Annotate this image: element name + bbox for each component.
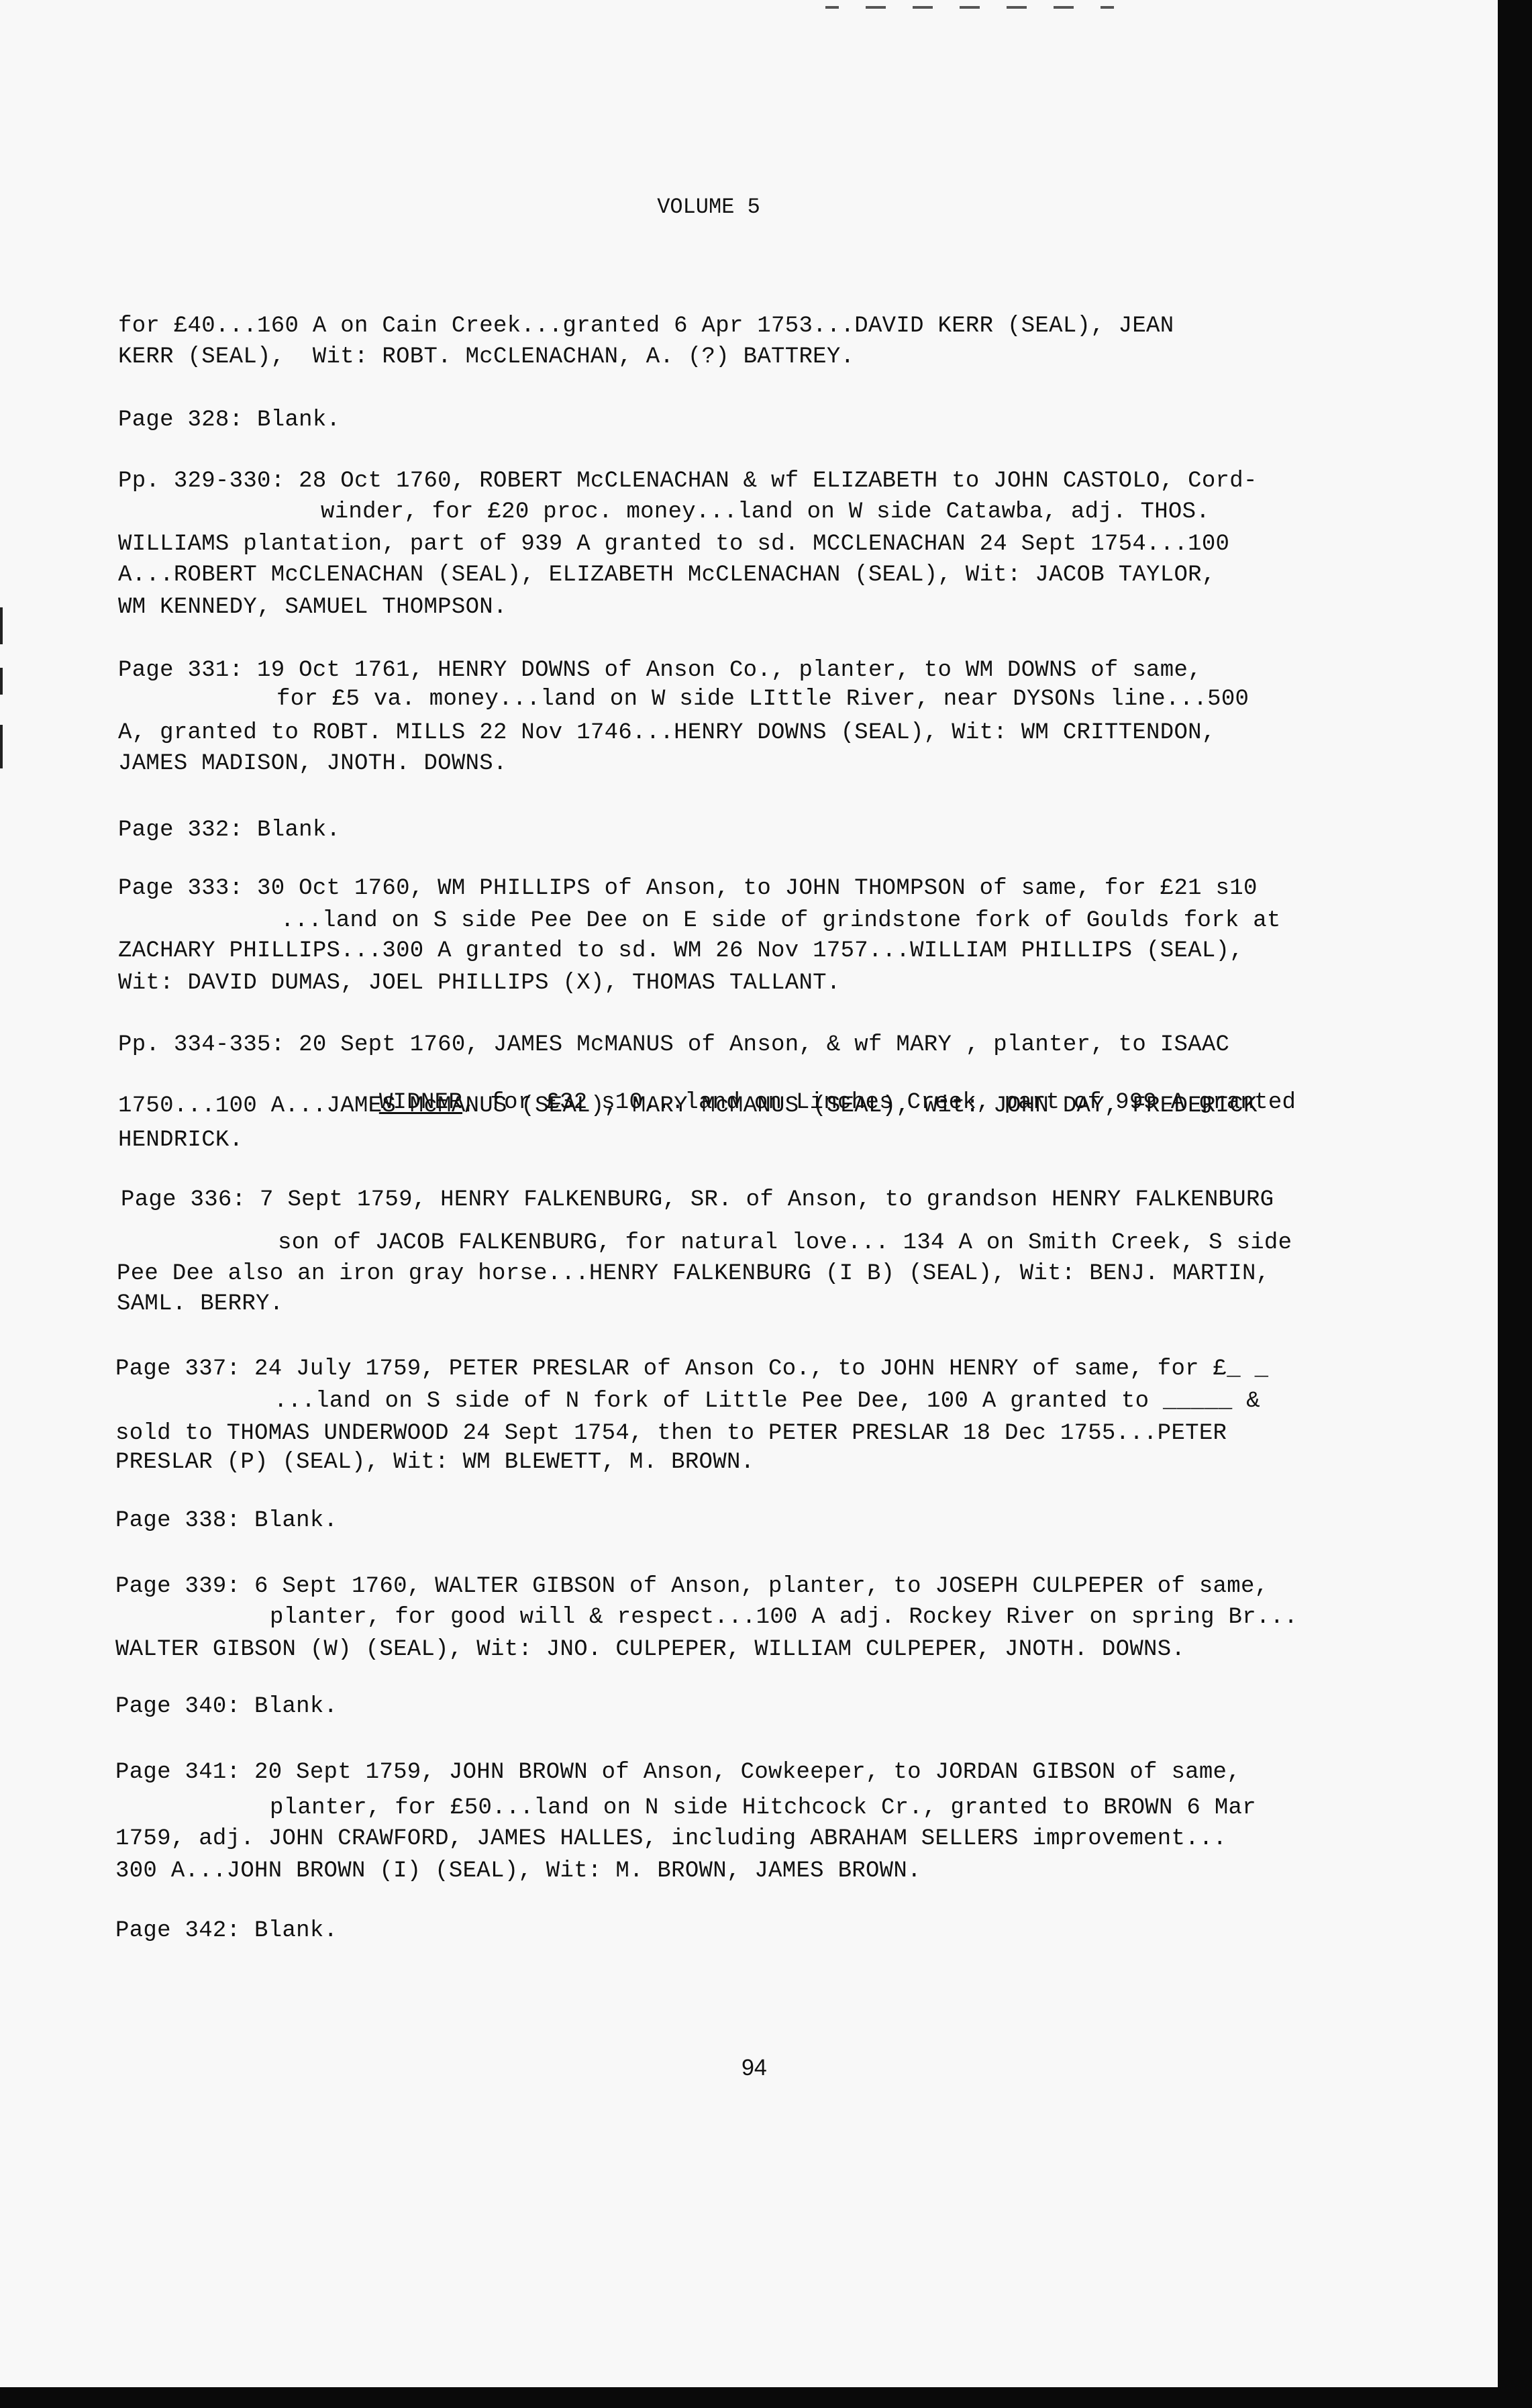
entry-line: Page 336: 7 Sept 1759, HENRY FALKENBURG,… [121, 1187, 1274, 1213]
entry-line: PRESLAR (P) (SEAL), Wit: WM BLEWETT, M. … [115, 1449, 754, 1476]
entry-line: WM KENNEDY, SAMUEL THOMPSON. [118, 594, 507, 621]
entry-line: Wit: DAVID DUMAS, JOEL PHILLIPS (X), THO… [118, 970, 841, 997]
scan-artifact-marks [825, 0, 1228, 4]
entry-line: for £5 va. money...land on W side LIttle… [276, 686, 1249, 713]
entry-line: Page 342: Blank. [115, 1917, 338, 1944]
entry-line: Page 340: Blank. [115, 1693, 338, 1720]
entry-line: Page 332: Blank. [118, 817, 340, 844]
entry-line: 300 A...JOHN BROWN (I) (SEAL), Wit: M. B… [115, 1858, 921, 1885]
entry-line: Page 337: 24 July 1759, PETER PRESLAR of… [115, 1356, 1268, 1383]
entry-line: for £40...160 A on Cain Creek...granted … [118, 313, 1174, 340]
entry-line: WILLIAMS plantation, part of 939 A grant… [118, 531, 1229, 558]
entry-line: planter, for good will & respect...100 A… [270, 1604, 1298, 1631]
entry-line: 1750...100 A...JAMES McMANUS (SEAL), MAR… [118, 1093, 1258, 1119]
entry-line: WALTER GIBSON (W) (SEAL), Wit: JNO. CULP… [115, 1636, 1185, 1663]
entry-line: Page 328: Blank. [118, 407, 340, 434]
entry-line: ...land on S side of N fork of Little Pe… [274, 1388, 1260, 1415]
entry-line: Pee Dee also an iron gray horse...HENRY … [117, 1260, 1270, 1287]
entry-line: Page 339: 6 Sept 1760, WALTER GIBSON of … [115, 1573, 1268, 1600]
entry-line: JAMES MADISON, JNOTH. DOWNS. [118, 750, 507, 777]
volume-heading-text: VOLUME 5 [657, 195, 760, 219]
entry-line: Page 333: 30 Oct 1760, WM PHILLIPS of An… [118, 875, 1258, 902]
scan-edge-mark [0, 668, 3, 695]
entry-line: Pp. 334-335: 20 Sept 1760, JAMES McMANUS… [118, 1032, 1229, 1058]
entry-line: Page 341: 20 Sept 1759, JOHN BROWN of An… [115, 1759, 1241, 1786]
page-number: 94 [742, 2055, 767, 2081]
scan-edge-mark [0, 607, 3, 644]
document-page: VOLUME 5 for £40...160 A on Cain Creek..… [0, 0, 1498, 2387]
entry-line: winder, for £20 proc. money...land on W … [321, 499, 1210, 525]
entry-line: Pp. 329-330: 28 Oct 1760, ROBERT McCLENA… [118, 468, 1258, 495]
entry-line: KERR (SEAL), Wit: ROBT. McCLENACHAN, A. … [118, 344, 854, 370]
entry-line: A, granted to ROBT. MILLS 22 Nov 1746...… [118, 719, 1216, 746]
entry-line: HENDRICK. [118, 1127, 243, 1154]
entry-line: sold to THOMAS UNDERWOOD 24 Sept 1754, t… [115, 1420, 1227, 1447]
entry-line: ZACHARY PHILLIPS...300 A granted to sd. … [118, 938, 1243, 964]
entry-line: planter, for £50...land on N side Hitchc… [270, 1795, 1256, 1821]
entry-line: 1759, adj. JOHN CRAWFORD, JAMES HALLES, … [115, 1825, 1227, 1852]
volume-heading: VOLUME 5 [0, 195, 1498, 219]
entry-line: ...land on S side Pee Dee on E side of g… [280, 907, 1281, 934]
entry-line: A...ROBERT McCLENACHAN (SEAL), ELIZABETH… [118, 562, 1216, 589]
entry-line: Page 331: 19 Oct 1761, HENRY DOWNS of An… [118, 657, 1202, 684]
entry-line: SAML. BERRY. [117, 1291, 283, 1317]
entry-line: Page 338: Blank. [115, 1507, 338, 1534]
scan-edge-mark [0, 725, 3, 768]
entry-line: son of JACOB FALKENBURG, for natural lov… [278, 1230, 1292, 1256]
